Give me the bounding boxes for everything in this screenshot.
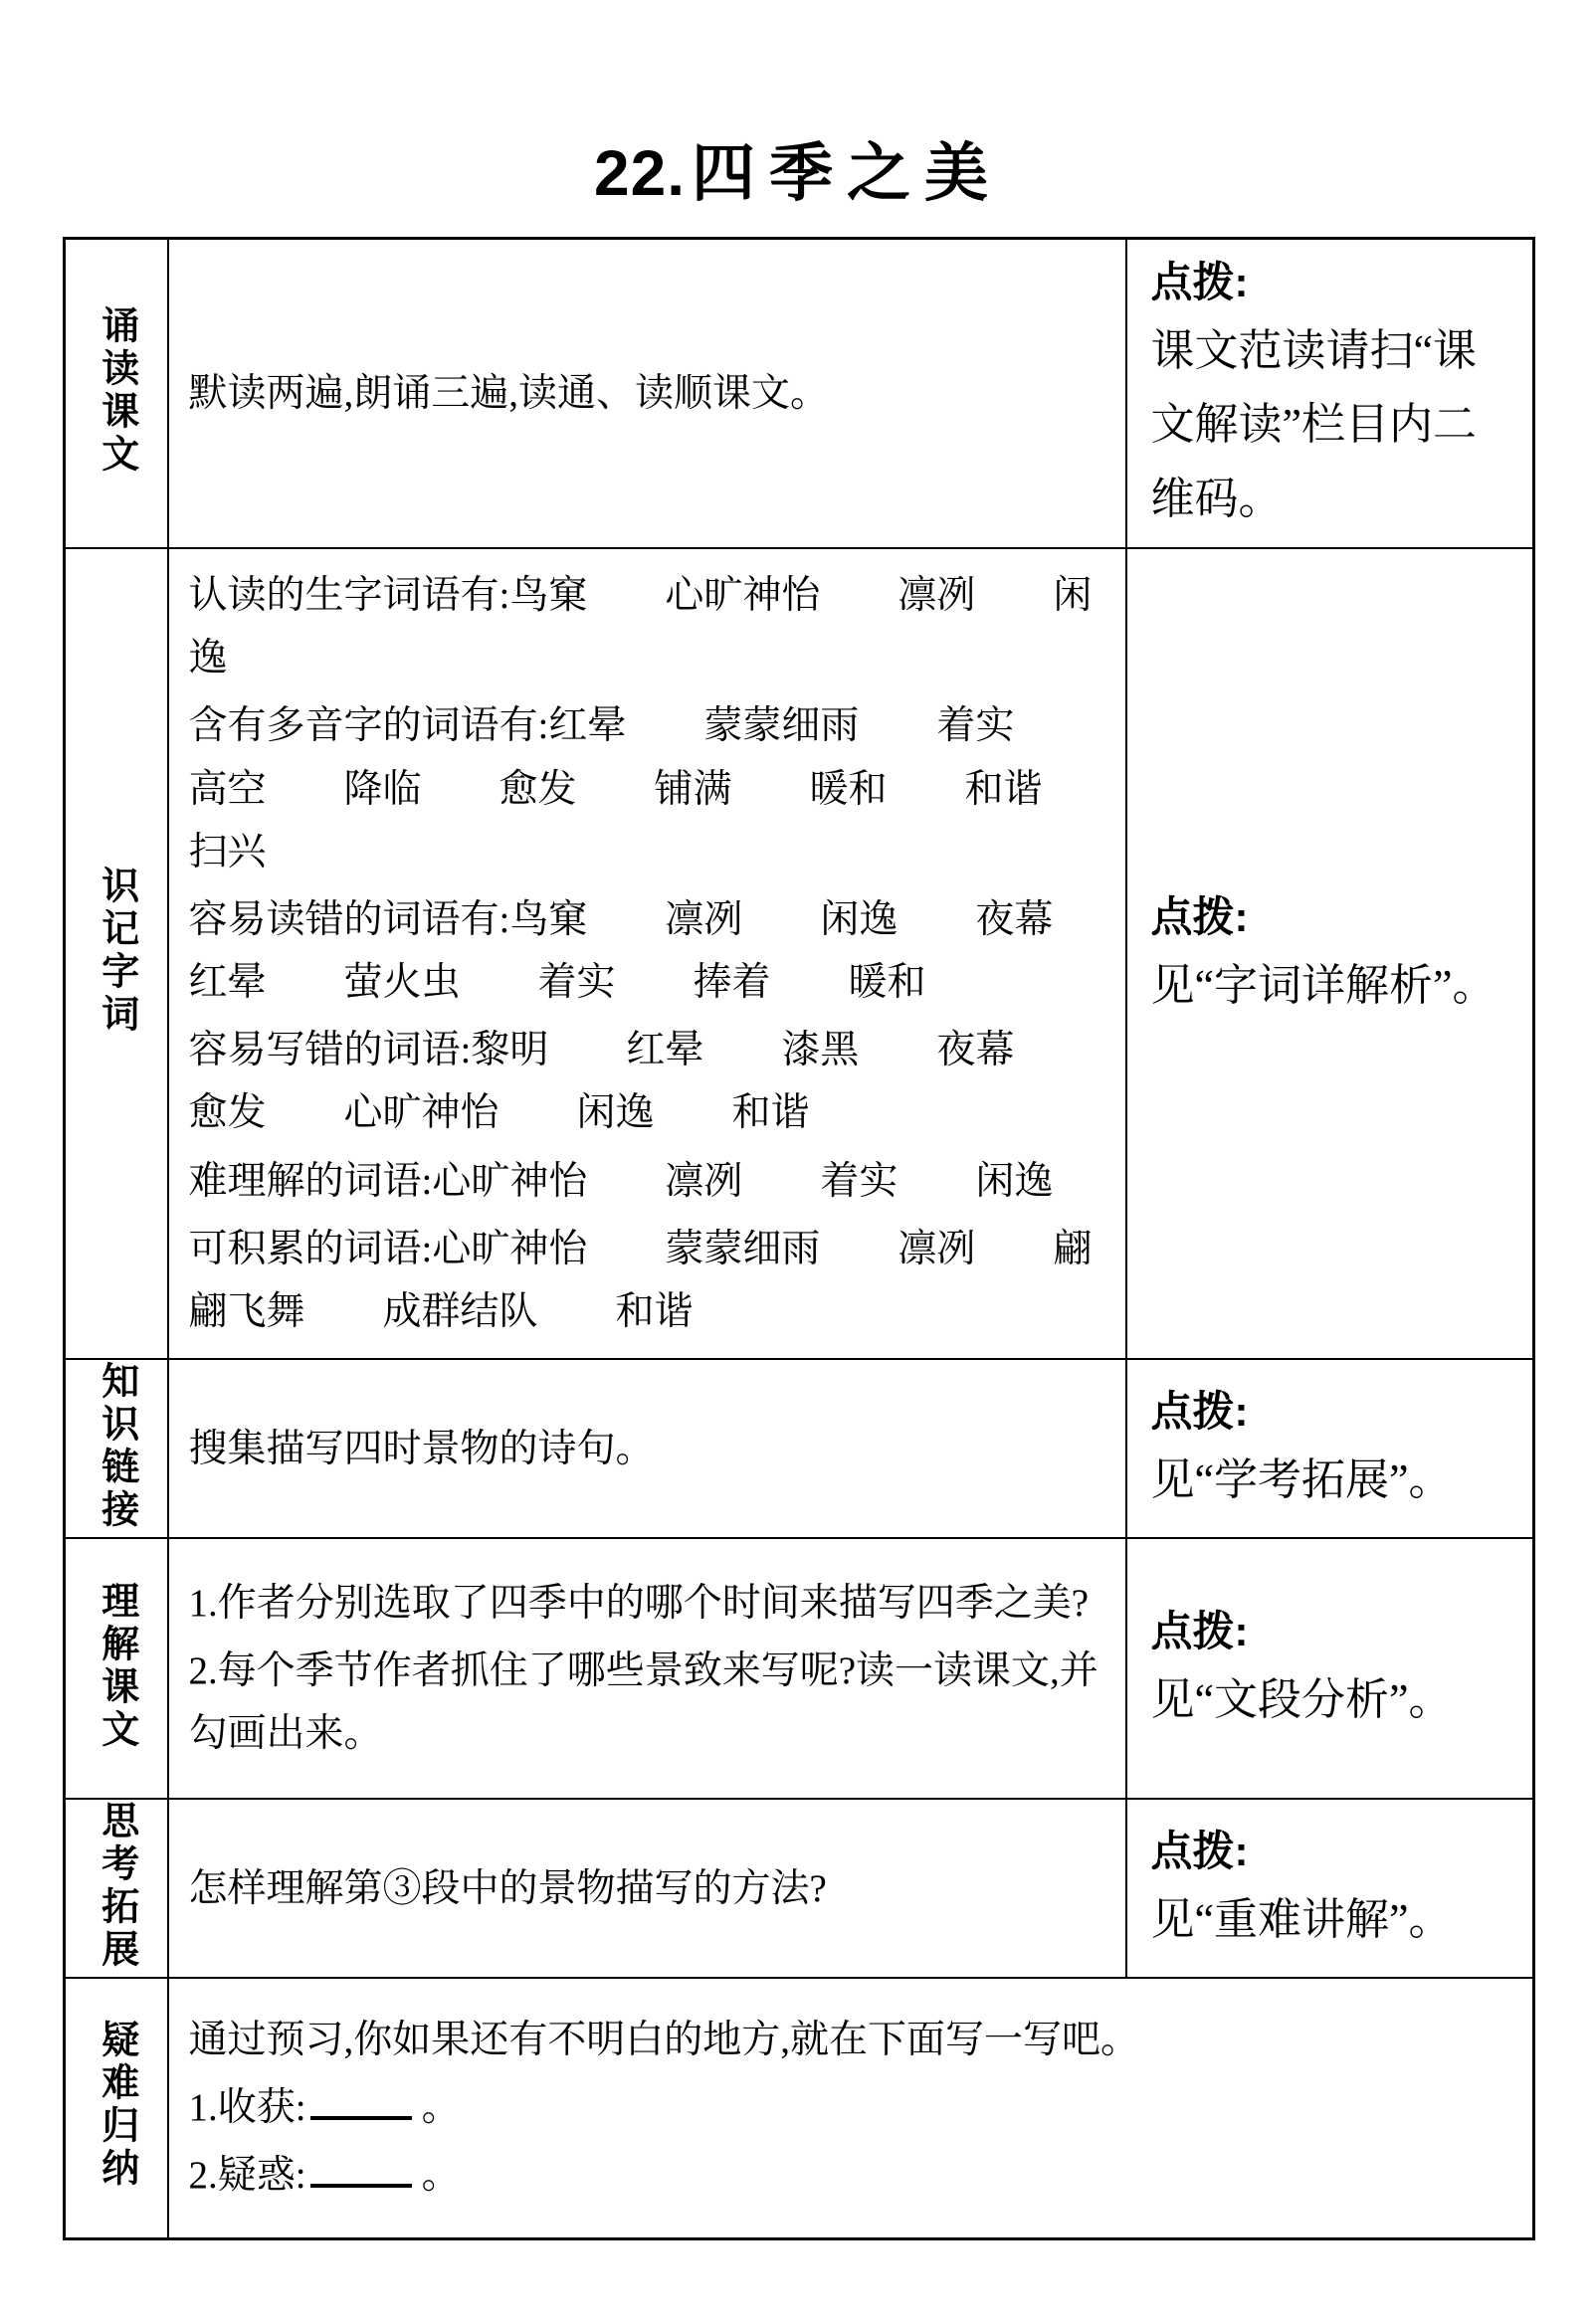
tip-cell: 点拨: 课文范读请扫“课文解读”栏目内二维码。 [1126, 238, 1534, 548]
tip-title: 点拨: [1151, 1599, 1509, 1663]
table-row: 识记字词 认读的生字词语有:鸟窠 心旷神怡 凛冽 闲逸 含有多音字的词语有:红晕… [65, 548, 1534, 1359]
table-row: 诵读课文 默读两遍,朗诵三遍,读通、读顺课文。 点拨: 课文范读请扫“课文解读”… [65, 238, 1534, 548]
section-label-cell: 思考拓展 [65, 1799, 168, 1978]
tip-body: 见“学考拓展”。 [1151, 1444, 1509, 1518]
content-paragraph: 2.每个季节作者抓住了哪些景致来写呢?读一读课文,并勾画出来。 [189, 1640, 1105, 1765]
tip-title: 点拨: [1151, 884, 1509, 949]
fill-in-line: 2.疑惑:。 [189, 2144, 1513, 2207]
blank-underline [310, 2086, 412, 2120]
content-paragraph: 1.作者分别选取了四季中的哪个时间来描写四季之美? [189, 1572, 1105, 1635]
section-label-cell: 识记字词 [65, 548, 168, 1359]
tip-cell: 点拨: 见“重难讲解”。 [1126, 1799, 1534, 1978]
content-paragraph: 难理解的词语:心旷神怡 凛冽 着实 闲逸 [189, 1150, 1105, 1213]
worksheet-page: 22.四季之美 诵读课文 默读两遍,朗诵三遍,读通、读顺课文。 点拨: 课文范读… [0, 0, 1596, 2324]
content-paragraph: 通过预习,你如果还有不明白的地方,就在下面写一写吧。 [189, 2009, 1513, 2071]
tip-cell: 点拨: 见“文段分析”。 [1126, 1538, 1534, 1799]
section-label: 诵读课文 [98, 305, 135, 477]
table-row: 思考拓展 怎样理解第③段中的景物描写的方法? 点拨: 见“重难讲解”。 [65, 1799, 1534, 1978]
tip-cell: 点拨: 见“学考拓展”。 [1126, 1359, 1534, 1538]
table-row: 理解课文 1.作者分别选取了四季中的哪个时间来描写四季之美? 2.每个季节作者抓… [65, 1538, 1534, 1799]
tip-body: 见“字词详解析”。 [1151, 949, 1509, 1024]
content-paragraph: 认读的生字词语有:鸟窠 心旷神怡 凛冽 闲逸 [189, 564, 1105, 689]
section-content-cell: 怎样理解第③段中的景物描写的方法? [168, 1799, 1126, 1978]
section-label-cell: 理解课文 [65, 1538, 168, 1799]
tip-cell: 点拨: 见“字词详解析”。 [1126, 548, 1534, 1359]
section-content-cell: 默读两遍,朗诵三遍,读通、读顺课文。 [168, 238, 1126, 548]
fill-in-suffix: 。 [422, 2154, 461, 2197]
content-paragraph: 含有多音字的词语有:红晕 蒙蒙细雨 着实 高空 降临 愈发 铺满 暖和 和谐 扫… [189, 694, 1105, 883]
section-label-cell: 知识链接 [65, 1359, 168, 1538]
table-row: 疑难归纳 通过预习,你如果还有不明白的地方,就在下面写一写吧。 1.收获:。 2… [65, 1978, 1534, 2238]
fill-in-prefix: 1.收获: [189, 2086, 306, 2129]
section-label-cell: 疑难归纳 [65, 1978, 168, 2238]
fill-in-line: 1.收获:。 [189, 2076, 1513, 2139]
section-content-cell: 1.作者分别选取了四季中的哪个时间来描写四季之美? 2.每个季节作者抓住了哪些景… [168, 1538, 1126, 1799]
tip-title: 点拨: [1151, 1379, 1509, 1444]
fill-in-prefix: 2.疑惑: [189, 2154, 306, 2197]
lesson-name: 四季之美 [692, 138, 1002, 209]
tip-title: 点拨: [1151, 250, 1509, 314]
lesson-number: 22. [594, 137, 686, 209]
tip-body: 课文范读请扫“课文解读”栏目内二维码。 [1151, 314, 1509, 537]
blank-underline [310, 2154, 412, 2188]
section-content-cell: 搜集描写四时景物的诗句。 [168, 1359, 1126, 1538]
section-label: 识记字词 [98, 866, 135, 1037]
content-paragraph: 怎样理解第③段中的景物描写的方法? [189, 1857, 1105, 1920]
fill-in-suffix: 。 [422, 2086, 461, 2129]
content-paragraph: 容易读错的词语有:鸟窠 凛冽 闲逸 夜幕 红晕 萤火虫 着实 捧着 暖和 [189, 888, 1105, 1014]
section-label: 疑难归纳 [98, 2020, 135, 2191]
table-row: 知识链接 搜集描写四时景物的诗句。 点拨: 见“学考拓展”。 [65, 1359, 1534, 1538]
tip-title: 点拨: [1151, 1819, 1509, 1883]
section-content-cell: 通过预习,你如果还有不明白的地方,就在下面写一写吧。 1.收获:。 2.疑惑:。 [168, 1978, 1534, 2238]
section-label: 知识链接 [98, 1361, 135, 1532]
tip-body: 见“重难讲解”。 [1151, 1883, 1509, 1958]
section-label-cell: 诵读课文 [65, 238, 168, 548]
content-paragraph: 可积累的词语:心旷神怡 蒙蒙细雨 凛冽 翩翩飞舞 成群结队 和谐 [189, 1218, 1105, 1343]
section-label: 思考拓展 [98, 1801, 135, 1972]
preview-card-table: 诵读课文 默读两遍,朗诵三遍,读通、读顺课文。 点拨: 课文范读请扫“课文解读”… [63, 237, 1535, 2240]
page-title: 22.四季之美 [63, 137, 1533, 211]
content-paragraph: 搜集描写四时景物的诗句。 [189, 1418, 1105, 1480]
section-content-cell: 认读的生字词语有:鸟窠 心旷神怡 凛冽 闲逸 含有多音字的词语有:红晕 蒙蒙细雨… [168, 548, 1126, 1359]
content-paragraph: 默读两遍,朗诵三遍,读通、读顺课文。 [189, 362, 1105, 425]
section-label: 理解课文 [98, 1581, 135, 1752]
tip-body: 见“文段分析”。 [1151, 1663, 1509, 1738]
content-paragraph: 容易写错的词语:黎明 红晕 漆黑 夜幕 愈发 心旷神怡 闲逸 和谐 [189, 1019, 1105, 1144]
